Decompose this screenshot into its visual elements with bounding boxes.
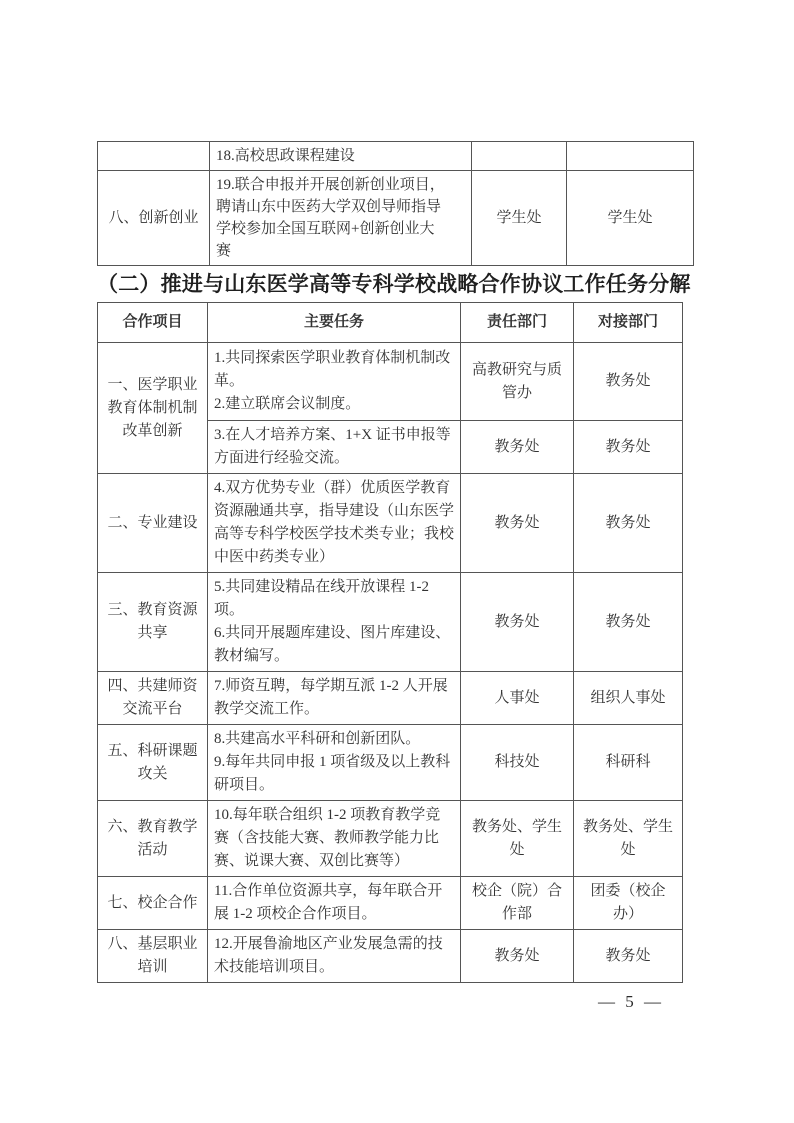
cell-project: 二、专业建设	[98, 474, 208, 573]
cell-responsible-dept: 高教研究与质管办	[461, 343, 574, 421]
cell-responsible-dept: 教务处、学生处	[461, 801, 574, 877]
header-responsible-dept: 责任部门	[461, 303, 574, 343]
header-cooperation-project: 合作项目	[98, 303, 208, 343]
cell-responsible-dept: 教务处	[461, 474, 574, 573]
cell-task: 4.双方优势专业（群）优质医学教育资源融通共享，指导建设（山东医学高等专科学校医…	[208, 474, 461, 573]
cell-responsible-dept: 教务处	[461, 421, 574, 474]
cell-project: 八、创新创业	[98, 171, 210, 266]
cell-responsible-dept: 教务处	[461, 930, 574, 983]
table-row: 五、科研课题攻关 8.共建高水平科研和创新团队。 9.每年共同申报 1 项省级及…	[98, 725, 683, 801]
cell-responsible-dept	[472, 142, 567, 171]
cell-liaison-dept: 教务处	[574, 573, 683, 672]
cell-liaison-dept: 组织人事处	[574, 672, 683, 725]
table-row: 八、创新创业 19.联合申报并开展创新创业项目， 聘请山东中医药大学双创导师指导…	[98, 171, 694, 266]
header-liaison-dept: 对接部门	[574, 303, 683, 343]
cell-liaison-dept: 教务处	[574, 421, 683, 474]
cell-task: 12.开展鲁渝地区产业发展急需的技术技能培训项目。	[208, 930, 461, 983]
document-page: 18.高校思政课程建设 八、创新创业 19.联合申报并开展创新创业项目， 聘请山…	[0, 0, 794, 1123]
cell-liaison-dept: 教务处	[574, 343, 683, 421]
cell-project: 四、共建师资交流平台	[98, 672, 208, 725]
cell-project: 三、教育资源共享	[98, 573, 208, 672]
page-number: — 5 —	[598, 992, 664, 1012]
table-row: 一、医学职业教育体制机制改革创新 1.共同探索医学职业教育体制机制改革。 2.建…	[98, 343, 683, 421]
cell-task: 11.合作单位资源共享，每年联合开展 1-2 项校企合作项目。	[208, 877, 461, 930]
section-heading: （二）推进与山东医学高等专科学校战略合作协议工作任务分解	[97, 269, 695, 300]
cell-task: 1.共同探索医学职业教育体制机制改革。 2.建立联席会议制度。	[208, 343, 461, 421]
table-row: 七、校企合作 11.合作单位资源共享，每年联合开展 1-2 项校企合作项目。 校…	[98, 877, 683, 930]
cell-liaison-dept	[567, 142, 694, 171]
table-row: 二、专业建设 4.双方优势专业（群）优质医学教育资源融通共享，指导建设（山东医学…	[98, 474, 683, 573]
cell-task: 7.师资互聘，每学期互派 1-2 人开展教学交流工作。	[208, 672, 461, 725]
cell-project	[98, 142, 210, 171]
cell-responsible-dept: 教务处	[461, 573, 574, 672]
cell-task: 19.联合申报并开展创新创业项目， 聘请山东中医药大学双创导师指导 学校参加全国…	[210, 171, 472, 266]
cell-liaison-dept: 教务处、学生处	[574, 801, 683, 877]
cell-liaison-dept: 教务处	[574, 930, 683, 983]
cell-liaison-dept: 团委（校企办）	[574, 877, 683, 930]
cell-project: 一、医学职业教育体制机制改革创新	[98, 343, 208, 474]
cell-task: 10.每年联合组织 1-2 项教育教学竞赛（含技能大赛、教师教学能力比赛、说课大…	[208, 801, 461, 877]
continuation-table: 18.高校思政课程建设 八、创新创业 19.联合申报并开展创新创业项目， 聘请山…	[97, 141, 694, 266]
table-row: 三、教育资源共享 5.共同建设精品在线开放课程 1-2 项。 6.共同开展题库建…	[98, 573, 683, 672]
header-main-task: 主要任务	[208, 303, 461, 343]
cell-project: 八、基层职业培训	[98, 930, 208, 983]
cell-project: 七、校企合作	[98, 877, 208, 930]
table-row: 四、共建师资交流平台 7.师资互聘，每学期互派 1-2 人开展教学交流工作。 人…	[98, 672, 683, 725]
cooperation-table: 合作项目 主要任务 责任部门 对接部门 一、医学职业教育体制机制改革创新 1.共…	[97, 302, 683, 983]
table-header-row: 合作项目 主要任务 责任部门 对接部门	[98, 303, 683, 343]
table-row: 六、教育教学活动 10.每年联合组织 1-2 项教育教学竞赛（含技能大赛、教师教…	[98, 801, 683, 877]
cell-responsible-dept: 校企（院）合作部	[461, 877, 574, 930]
cell-liaison-dept: 学生处	[567, 171, 694, 266]
cell-task: 3.在人才培养方案、1+X 证书申报等方面进行经验交流。	[208, 421, 461, 474]
cell-responsible-dept: 人事处	[461, 672, 574, 725]
cell-responsible-dept: 学生处	[472, 171, 567, 266]
cell-project: 五、科研课题攻关	[98, 725, 208, 801]
cell-task: 18.高校思政课程建设	[210, 142, 472, 171]
table-row: 18.高校思政课程建设	[98, 142, 694, 171]
table-row: 八、基层职业培训 12.开展鲁渝地区产业发展急需的技术技能培训项目。 教务处 教…	[98, 930, 683, 983]
cell-liaison-dept: 科研科	[574, 725, 683, 801]
cell-task: 5.共同建设精品在线开放课程 1-2 项。 6.共同开展题库建设、图片库建设、教…	[208, 573, 461, 672]
cell-responsible-dept: 科技处	[461, 725, 574, 801]
cell-liaison-dept: 教务处	[574, 474, 683, 573]
cell-task: 8.共建高水平科研和创新团队。 9.每年共同申报 1 项省级及以上教科研项目。	[208, 725, 461, 801]
cell-project: 六、教育教学活动	[98, 801, 208, 877]
